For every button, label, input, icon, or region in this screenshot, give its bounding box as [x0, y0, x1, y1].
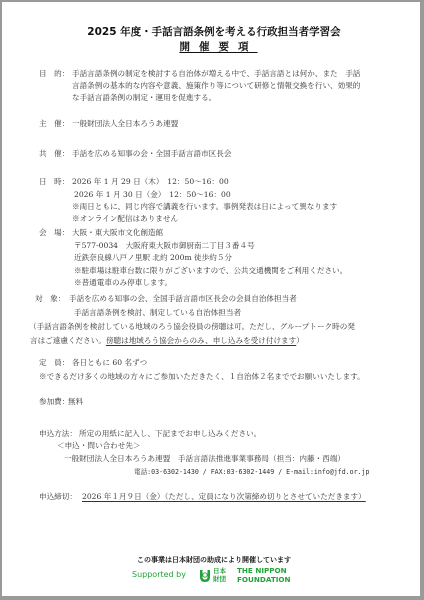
- purpose-line-1: 手話言語条例の制定を検討する自治体が増える中で、手話言語とは何か、また 手話: [72, 69, 360, 79]
- deadline-label: 申込締切：: [39, 492, 77, 502]
- capacity-note: ※できるだけ多くの地域の方々にご参加いただきたく、１自治体２名まででお願いいたし…: [39, 372, 365, 382]
- contact-heading: ＜申込・問い合わせ先＞: [57, 441, 141, 451]
- venue-train-note: ※普通電車のみ停車します。: [74, 278, 172, 288]
- target-note-line-2: 言はご遠慮ください。傍聴は地域ろう協会からのみ、申し込みを受け付けます）: [30, 336, 304, 346]
- co-organizer-value: 手話を広める知事の会・全国手話言語市区長会: [72, 149, 231, 159]
- target-line-1: 手話を広める知事の会、全国手話言語市区長会の会員自治体担当者: [69, 294, 297, 304]
- page-title: 2025 年度・手話言語条例を考える行政担当者学習会: [2, 24, 424, 39]
- application-value: 所定の用紙に記入し、下記までお申し込みください。: [79, 429, 261, 439]
- datetime-note-2: ※オンライン配信はありません: [72, 214, 178, 224]
- logo-kanji-top: 日本: [213, 568, 226, 575]
- page-subtitle: 開催要項: [2, 39, 424, 54]
- logo-en-top: THE NIPPON: [237, 567, 287, 575]
- subtitle-text: 開催要項: [171, 41, 258, 53]
- logo-kanji-bottom: 財団: [213, 576, 226, 583]
- venue-address: 〒577-0034 大阪府東大阪市御厨南二丁目３番４号: [74, 241, 255, 251]
- purpose-line-3: な手話言語条例の制定・運用を促進する。: [72, 93, 216, 103]
- datetime-note-1: ※両日ともに、同じ内容で講義を行います。事例発表は日によって異なります: [72, 202, 337, 212]
- venue-name: 大阪・東大阪市文化創造館: [72, 228, 163, 238]
- funding-note: この事業は日本財団の助成により開催しています: [2, 555, 424, 565]
- organizer-label: 主 催：: [39, 119, 69, 129]
- organizer-value: 一般財団法人全日本ろうあ連盟: [72, 119, 178, 129]
- venue-parking-note: ※駐車場は駐車台数に限りがございますので、公共交通機関をご利用ください。: [74, 266, 347, 276]
- target-note-close: ）: [296, 336, 304, 345]
- target-note-plain: 言はご遠慮ください。: [30, 336, 106, 345]
- purpose-line-2: 言語条例の基本的な内容や意義、施策作り等について研修と情報交換を行い、効果的: [72, 81, 360, 91]
- deadline-value: 2026 年１月９日（金）（ただし、定員になり次第締め切りとさせていただきます）: [82, 492, 366, 502]
- fee-value: 無料: [68, 397, 83, 407]
- application-label: 申込方法：: [39, 429, 77, 439]
- co-organizer-label: 共 催：: [39, 149, 69, 159]
- target-label: 対 象：: [35, 294, 65, 304]
- capacity-label: 定 員：: [39, 358, 69, 368]
- venue-access: 近鉄奈良線八戸ノ里駅 北約 200m 徒歩約５分: [74, 253, 232, 263]
- contact-org: 一般財団法人全日本ろうあ連盟 手話言語法推進事業事務局（担当：内藤・西端）: [64, 454, 345, 464]
- nippon-foundation-logo-icon: [199, 568, 211, 582]
- logo-en-bottom: FOUNDATION: [237, 576, 291, 584]
- datetime-label: 日 時：: [39, 177, 69, 187]
- datetime-day-2: 2026 年 1 月 30 日（金） 12：50〜16：00: [74, 190, 231, 200]
- venue-label: 会 場：: [39, 228, 69, 238]
- target-note-underlined: 傍聴は地域ろう協会からのみ、申し込みを受け付けます: [106, 336, 296, 345]
- capacity-value: 各日ともに 60 名ずつ: [72, 358, 147, 368]
- purpose-label: 目 的：: [39, 69, 69, 79]
- contact-details: 電話:03-6302-1430 / FAX:03-6302-1449 / E-m…: [134, 467, 370, 477]
- document-page: 2025 年度・手話言語条例を考える行政担当者学習会 開催要項 目 的： 手話言…: [0, 0, 424, 600]
- target-line-2: 手話言語条例を検討、制定している自治体担当者: [74, 308, 241, 318]
- datetime-day-1: 2026 年 1 月 29 日（木） 12：50〜16：00: [72, 177, 229, 187]
- fee-label: 参加費：: [39, 397, 69, 407]
- supported-by-text: Supported by: [132, 570, 186, 579]
- target-note-line-1: （手話言語条例を検討している地域のろう協会役員の傍聴は可。ただし、グループトーク…: [29, 322, 355, 332]
